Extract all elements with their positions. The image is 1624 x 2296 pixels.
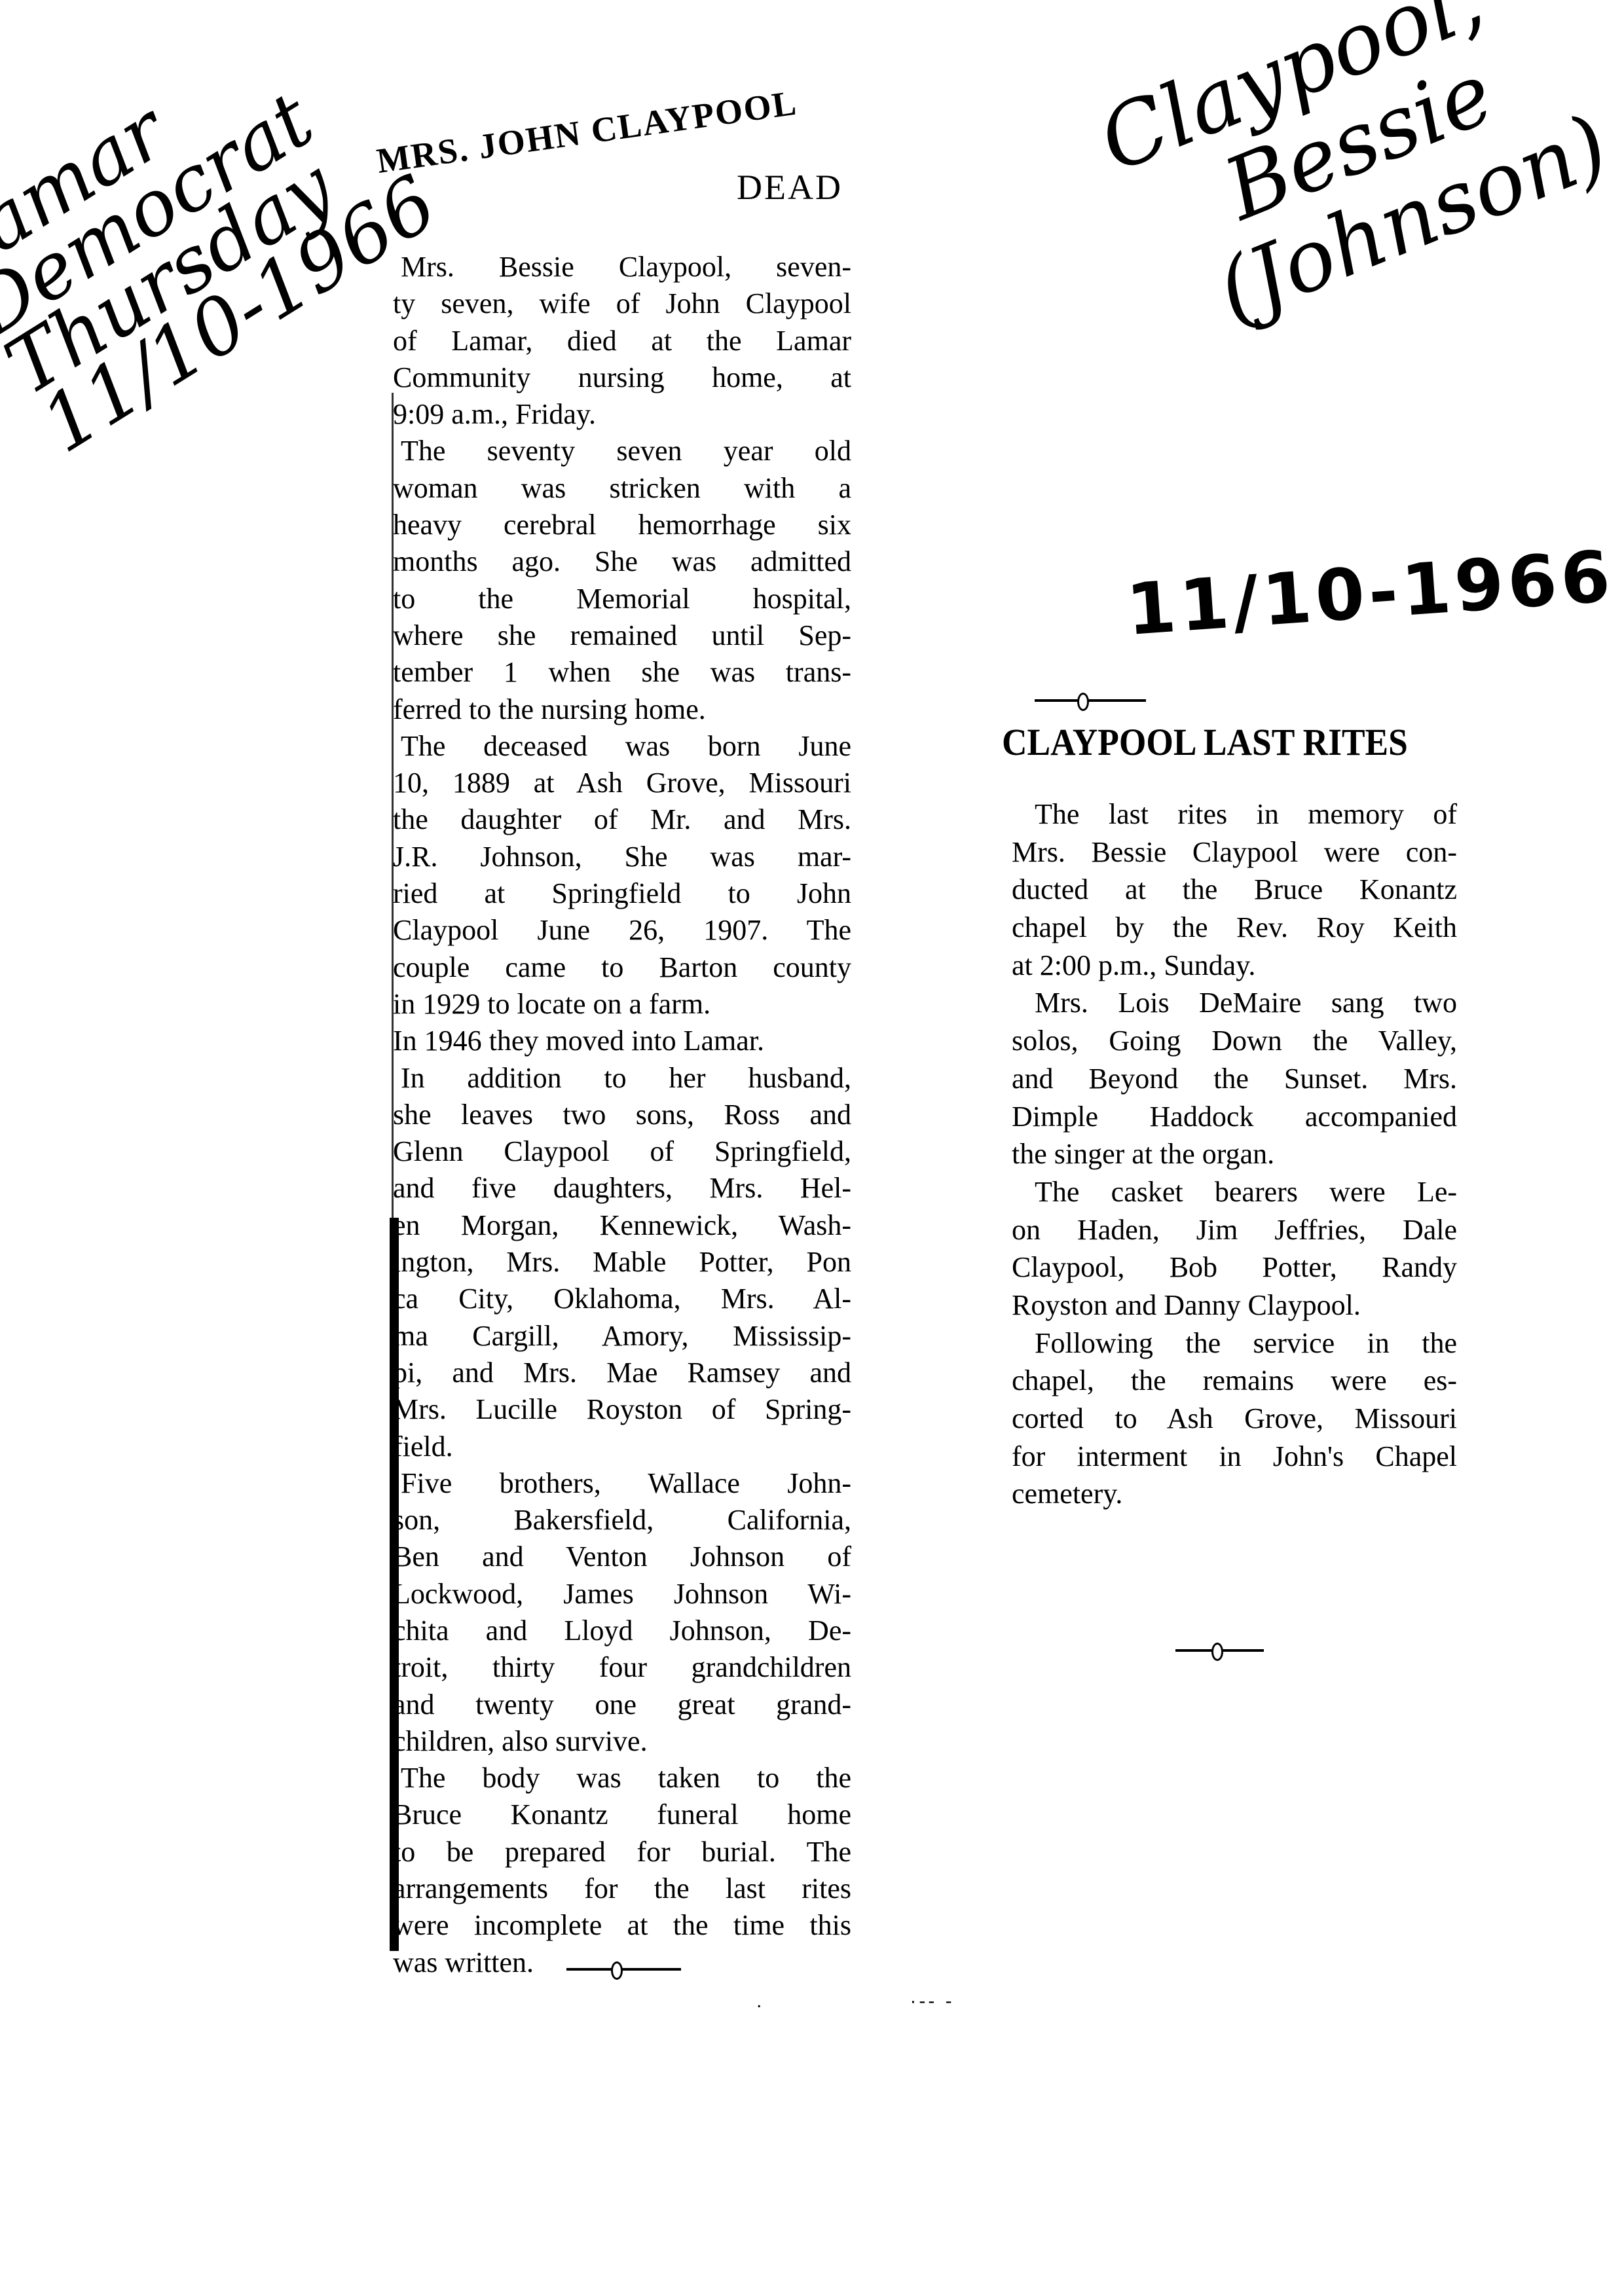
text-line: chita and Lloyd Johnson, De-	[393, 1613, 851, 1649]
text-line: 10, 1889 at Ash Grove, Missouri	[393, 765, 851, 801]
text-line: Glenn Claypool of Springfield,	[393, 1133, 851, 1170]
text-line: solos, Going Down the Valley,	[1012, 1022, 1457, 1060]
text-line: Bruce Konantz funeral home	[393, 1796, 851, 1833]
text-line: In 1946 they moved into Lamar.	[393, 1023, 851, 1059]
text-line: and twenty one great grand-	[393, 1686, 851, 1723]
text-line: pi, and Mrs. Mae Ramsey and	[393, 1355, 851, 1391]
text-line: Lockwood, James Johnson Wi-	[393, 1576, 851, 1613]
text-line: cemetery.	[1012, 1475, 1457, 1513]
text-line: and Beyond the Sunset. Mrs.	[1012, 1060, 1457, 1098]
text-line: tember 1 when she was trans-	[393, 654, 851, 691]
divider-ornament-icon	[611, 1961, 623, 1980]
text-line: son, Bakersfield, California,	[393, 1502, 851, 1539]
text-line: ington, Mrs. Mable Potter, Pon	[393, 1244, 851, 1281]
scan-artifact: . ·-- -	[756, 1990, 955, 2013]
text-line: Following the service in the	[1012, 1324, 1457, 1362]
text-line: ma Cargill, Amory, Mississip-	[393, 1318, 851, 1355]
text-line: the singer at the organ.	[1012, 1135, 1457, 1173]
text-line: troit, thirty four grandchildren	[393, 1649, 851, 1686]
text-line: to the Memorial hospital,	[393, 581, 851, 617]
text-line: Dimple Haddock accompanied	[1012, 1098, 1457, 1136]
text-line: 9:09 a.m., Friday.	[393, 396, 851, 433]
text-line: she leaves two sons, Ross and	[393, 1097, 851, 1133]
text-line: Mrs. Bessie Claypool, seven-	[393, 249, 851, 285]
text-line: chapel, the remains were es-	[1012, 1362, 1457, 1400]
text-line: on Haden, Jim Jeffries, Dale	[1012, 1211, 1457, 1249]
divider-ornament-icon	[1077, 693, 1089, 711]
text-line: Mrs. Lois DeMaire sang two	[1012, 984, 1457, 1022]
text-line: heavy cerebral hemorrhage six	[393, 507, 851, 543]
text-line: chapel by the Rev. Roy Keith	[1012, 909, 1457, 947]
text-line: at 2:00 p.m., Sunday.	[1012, 947, 1457, 985]
handwritten-date: 11/10-1966	[1124, 536, 1616, 651]
text-line: The deceased was born June	[393, 728, 851, 765]
text-line: Royston and Danny Claypool.	[1012, 1286, 1457, 1324]
text-line: ducted at the Bruce Konantz	[1012, 871, 1457, 909]
text-line: The body was taken to the	[393, 1760, 851, 1796]
section-divider	[1175, 1649, 1264, 1652]
text-line: was written.	[393, 1944, 851, 1981]
text-line: in 1929 to locate on a farm.	[393, 986, 851, 1023]
text-line: where she remained until Sep-	[393, 617, 851, 654]
text-line: The casket bearers were Le-	[1012, 1173, 1457, 1211]
text-line: Community nursing home, at	[393, 359, 851, 396]
obituary-body: Mrs. Bessie Claypool, seven-ty seven, wi…	[393, 249, 851, 1981]
text-line: ty seven, wife of John Claypool	[393, 285, 851, 322]
text-line: months ago. She was admitted	[393, 543, 851, 580]
text-line: en Morgan, Kennewick, Wash-	[393, 1207, 851, 1244]
text-line: corted to Ash Grove, Missouri	[1012, 1400, 1457, 1438]
text-line: Claypool June 26, 1907. The	[393, 912, 851, 949]
obituary-headline-second-line: DEAD	[737, 167, 843, 208]
text-line: of Lamar, died at the Lamar	[393, 323, 851, 359]
text-line: arrangements for the last rites	[393, 1870, 851, 1907]
text-line: for interment in John's Chapel	[1012, 1438, 1457, 1476]
text-line: and five daughters, Mrs. Hel-	[393, 1170, 851, 1207]
section-divider	[1035, 699, 1146, 702]
text-line: couple came to Barton county	[393, 949, 851, 986]
obituary-headline: MRS. JOHN CLAYPOOL	[374, 82, 800, 181]
text-line: were incomplete at the time this	[393, 1907, 851, 1944]
text-line: Claypool, Bob Potter, Randy	[1012, 1248, 1457, 1286]
text-line: ferred to the nursing home.	[393, 691, 851, 728]
handwritten-name-note: Claypool, Bessie (Johnson)	[1088, 0, 1621, 357]
text-line: the daughter of Mr. and Mrs.	[393, 801, 851, 838]
text-line: The last rites in memory of	[1012, 795, 1457, 833]
text-line: Mrs. Bessie Claypool were con-	[1012, 833, 1457, 871]
section-divider	[566, 1968, 681, 1971]
text-line: children, also survive.	[393, 1723, 851, 1760]
text-line: ried at Springfield to John	[393, 875, 851, 912]
text-line: Ben and Venton Johnson of	[393, 1539, 851, 1575]
scanned-page: Lamar Democrat Thursday 11/10-1966 Clayp…	[0, 0, 1624, 2296]
text-line: Mrs. Lucille Royston of Spring-	[393, 1391, 851, 1428]
text-line: woman was stricken with a	[393, 470, 851, 507]
text-line: ca City, Oklahoma, Mrs. Al-	[393, 1281, 851, 1317]
text-line: to be prepared for burial. The	[393, 1834, 851, 1870]
text-line: field.	[393, 1429, 851, 1465]
text-line: The seventy seven year old	[393, 433, 851, 469]
text-line: Five brothers, Wallace John-	[393, 1465, 851, 1502]
last-rites-headline: CLAYPOOL LAST RITES	[1002, 720, 1408, 764]
handwritten-source-note: Lamar Democrat Thursday 11/10-1966	[0, 0, 446, 461]
text-line: J.R. Johnson, She was mar-	[393, 839, 851, 875]
text-line: In addition to her husband,	[393, 1060, 851, 1097]
divider-ornament-icon	[1211, 1643, 1223, 1661]
last-rites-body: The last rites in memory ofMrs. Bessie C…	[1012, 795, 1457, 1513]
